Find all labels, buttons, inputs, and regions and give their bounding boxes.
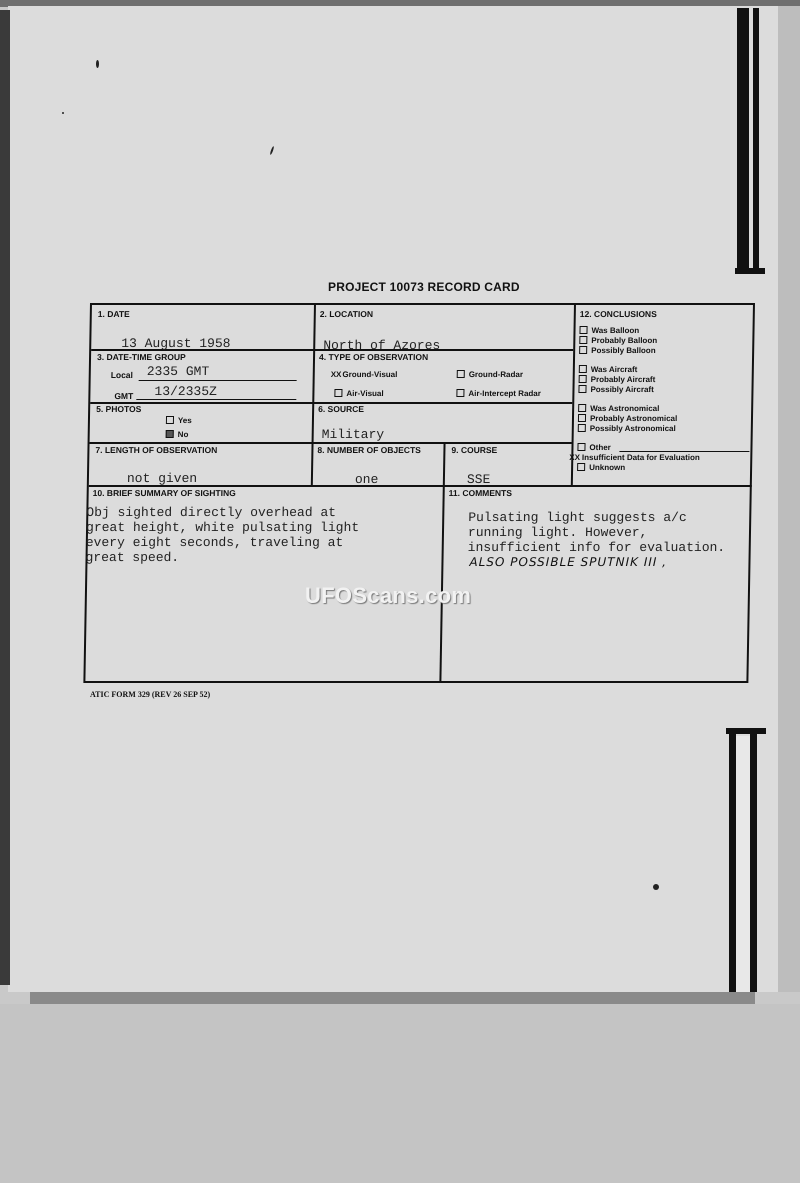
- course-value: SSE: [467, 472, 491, 487]
- handwritten-note: ALSO POSSIBLE SPUTNIK III ,: [469, 555, 667, 569]
- length-value: not given: [127, 471, 197, 486]
- length-label: 7. LENGTH OF OBSERVATION: [95, 445, 217, 455]
- option-probably-astronomical[interactable]: Probably Astronomical: [578, 414, 677, 424]
- datetime-label: 3. DATE-TIME GROUP: [97, 352, 186, 362]
- location-value: North of Azores: [323, 338, 440, 353]
- dust-speck: [96, 60, 99, 68]
- checkbox-icon: [579, 365, 587, 373]
- card-title: PROJECT 10073 RECORD CARD: [328, 280, 520, 294]
- checkbox-icon: [578, 385, 586, 393]
- checkbox-icon: [166, 416, 174, 424]
- course-label: 9. COURSE: [451, 445, 497, 455]
- binder-clip-top: [735, 8, 765, 276]
- checkbox-icon: [577, 463, 585, 471]
- source-value: Military: [322, 427, 385, 442]
- summary-label: 10. BRIEF SUMMARY OF SIGHTING: [93, 488, 236, 498]
- option-other[interactable]: Other: [577, 443, 611, 453]
- divider: [311, 305, 316, 485]
- checkbox-icon: [579, 326, 587, 334]
- option-air-intercept-radar[interactable]: Air-Intercept Radar: [456, 389, 541, 398]
- date-value: 13 August 1958: [121, 336, 230, 351]
- observation-type-label: 4. TYPE OF OBSERVATION: [319, 352, 428, 362]
- checkbox-icon: [457, 370, 465, 378]
- gmt-time-value: 13/2335Z: [154, 384, 217, 399]
- objects-label: 8. NUMBER OF OBJECTS: [317, 445, 421, 455]
- dust-speck: [62, 112, 64, 114]
- local-time-value: 2335 GMT: [147, 364, 210, 379]
- scan-right-edge: [778, 6, 800, 992]
- divider: [439, 442, 445, 683]
- option-was-astronomical[interactable]: Was Astronomical: [578, 404, 659, 414]
- option-ground-visual[interactable]: XXGround-Visual: [331, 370, 398, 379]
- binder-clip-bottom: [726, 728, 766, 992]
- option-unknown[interactable]: Unknown: [577, 463, 625, 473]
- check-mark: XX: [331, 370, 342, 379]
- checkbox-icon: [456, 389, 464, 397]
- checkbox-icon: [579, 375, 587, 383]
- date-label: 1. DATE: [98, 309, 130, 319]
- option-probably-aircraft[interactable]: Probably Aircraft: [579, 375, 656, 385]
- option-insufficient-data[interactable]: XXInsufficient Data for Evaluation: [569, 453, 700, 463]
- checkbox-icon: [578, 414, 586, 422]
- option-photos-yes[interactable]: Yes: [166, 416, 192, 425]
- comments-label: 11. COMMENTS: [449, 488, 512, 498]
- option-possibly-aircraft[interactable]: Possibly Aircraft: [578, 385, 653, 395]
- checkbox-checked-icon: [166, 430, 174, 438]
- dust-speck: [653, 884, 659, 890]
- option-ground-radar[interactable]: Ground-Radar: [457, 370, 523, 379]
- scan-bottom-shadow: [30, 992, 755, 1004]
- checkbox-icon: [334, 389, 342, 397]
- checkbox-icon: [579, 346, 587, 354]
- checkbox-icon: [578, 424, 586, 432]
- option-was-balloon[interactable]: Was Balloon: [579, 326, 639, 336]
- option-possibly-astronomical[interactable]: Possibly Astronomical: [578, 424, 676, 434]
- local-label: Local: [111, 370, 133, 380]
- option-was-aircraft[interactable]: Was Aircraft: [579, 365, 638, 375]
- objects-value: one: [355, 472, 379, 487]
- conclusions-label: 12. CONCLUSIONS: [580, 309, 657, 319]
- checkbox-icon: [577, 443, 585, 451]
- checkbox-icon: [579, 336, 587, 344]
- scan-left-edge: [0, 10, 10, 985]
- option-photos-no[interactable]: No: [166, 430, 189, 439]
- record-card: 1. DATE 13 August 1958 2. LOCATION North…: [83, 303, 755, 683]
- option-air-visual[interactable]: Air-Visual: [334, 389, 383, 398]
- checkbox-icon: [578, 404, 586, 412]
- divider: [90, 442, 572, 444]
- location-label: 2. LOCATION: [320, 309, 373, 319]
- gmt-label: GMT: [114, 391, 133, 401]
- option-probably-balloon[interactable]: Probably Balloon: [579, 336, 657, 346]
- option-possibly-balloon[interactable]: Possibly Balloon: [579, 346, 656, 356]
- photos-label: 5. PHOTOS: [96, 404, 141, 414]
- summary-text: Obj sighted directly overhead atgreat he…: [85, 505, 359, 565]
- watermark: UFOScans.com: [305, 583, 471, 609]
- scanner-bed: [0, 1004, 800, 1183]
- form-id: ATIC FORM 329 (REV 26 SEP 52): [90, 690, 210, 699]
- comments-text: Pulsating light suggests a/crunning ligh…: [468, 510, 726, 555]
- check-mark: XX: [569, 453, 580, 462]
- source-label: 6. SOURCE: [318, 404, 364, 414]
